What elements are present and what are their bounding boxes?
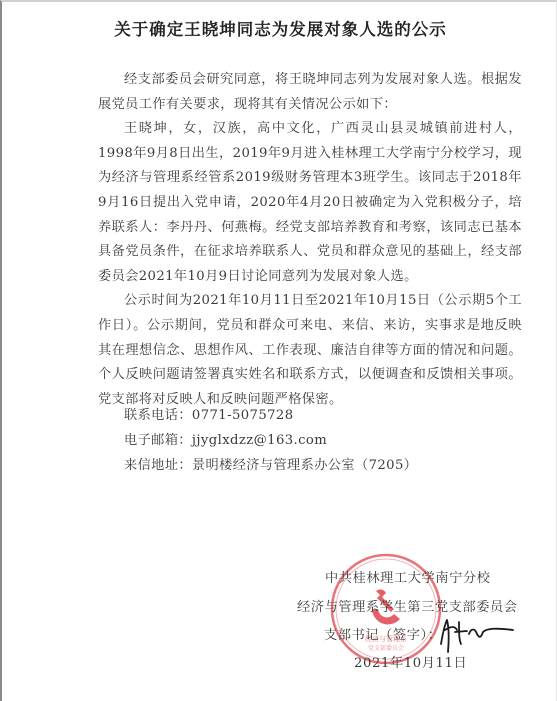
svg-text:党支部委员会: 党支部委员会 — [368, 644, 404, 652]
document-page: 关于确定王晓坤同志为发展对象人选的公示 经支部委员会研究同意，将王晓坤同志列为发… — [0, 0, 557, 701]
contact-email: 电子邮箱：jjyglxdzz@163.com — [124, 429, 327, 448]
document-body: 经支部委员会研究同意，将王晓坤同志列为发展对象人选。根据发展党员工作有关要求，现… — [98, 68, 522, 412]
contact-address: 来信地址：景明楼经济与管理系办公室（7205） — [124, 454, 417, 473]
signature-org-line1: 中共桂林理工大学南宁分校 — [325, 567, 490, 586]
paragraph-publicity-period: 公示时间为2021年10月11日至2021年10月15日（公示期5个工作日）。公… — [98, 289, 522, 412]
signature-secretary-label: 支部书记（签字）： — [324, 624, 442, 643]
signature-date: 2021年10月11日 — [354, 652, 467, 671]
signature-org-line2: 经济与管理系学生第三党支部委员会 — [297, 596, 518, 615]
document-title: 关于确定王晓坤同志为发展对象人选的公示 — [2, 16, 557, 40]
paragraph-candidate-info: 王晓坤，女，汉族，高中文化，广西灵山县灵城镇前进村人，1998年9月8日出生，2… — [98, 117, 522, 289]
paragraph-intro: 经支部委员会研究同意，将王晓坤同志列为发展对象人选。根据发展党员工作有关要求，现… — [98, 68, 522, 117]
handwritten-signature-icon — [437, 614, 517, 654]
contact-phone: 联系电话：0771-5075728 — [124, 404, 294, 423]
